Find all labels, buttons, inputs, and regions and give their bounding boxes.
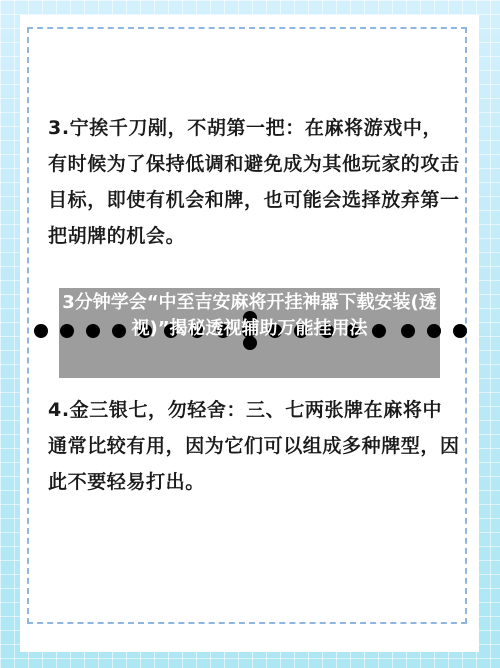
tip-paragraph-4: 4.金三银七，勿轻舍：三、七两张牌在麻将中通常比较有用，因为它们可以组成多种牌型…: [48, 392, 460, 500]
tip-paragraph-3: 3.宁挨千刀剐，不胡第一把：在麻将游戏中，有时候为了保持低调和避免成为其他玩家的…: [48, 110, 460, 254]
dot-icon: [34, 324, 48, 338]
overlay-title: 3分钟学会“中至吉安麻将开挂神器下载安装(透视)”揭秘透视辅助万能挂用法: [59, 290, 440, 342]
dot-icon: [453, 324, 467, 338]
